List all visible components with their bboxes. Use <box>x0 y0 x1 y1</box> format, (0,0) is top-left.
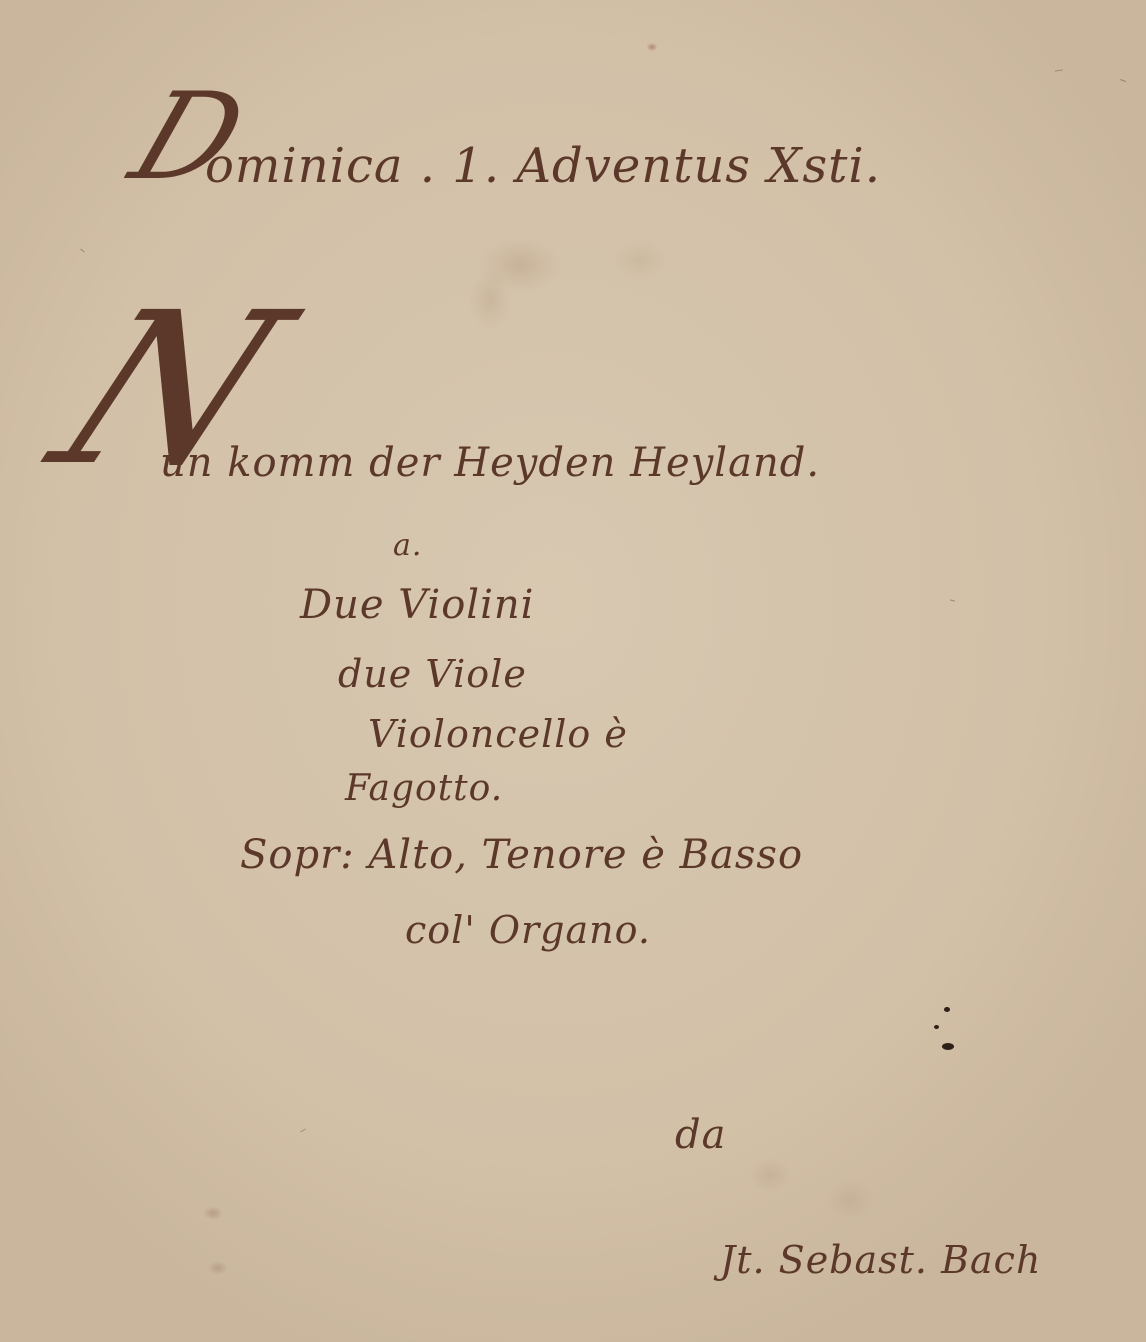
voices-line: Sopr: Alto, Tenore è Basso <box>240 832 803 878</box>
continuo-line: col' Organo. <box>405 908 651 952</box>
instrument-line: Fagotto. <box>345 768 503 809</box>
paper-fleck <box>300 1129 306 1133</box>
paper-fleck <box>80 249 84 253</box>
paper-fleck <box>1055 69 1063 71</box>
manuscript-page: D ominica . 1. Adventus Xsti. N un komm … <box>0 0 1146 1342</box>
paper-fleck <box>1120 79 1126 82</box>
instrument-line: Due Violini <box>300 582 534 628</box>
paper-fleck <box>950 599 955 601</box>
liturgical-occasion-title: ominica . 1. Adventus Xsti. <box>205 138 881 194</box>
instrument-line: due Viole <box>338 652 527 696</box>
scoring-preposition: a. <box>393 528 422 563</box>
ink-blot-marks <box>930 1005 970 1065</box>
work-title: un komm der Heyden Heyland. <box>160 440 820 486</box>
instrument-line: Violoncello è <box>368 712 628 756</box>
attribution-preposition: da <box>675 1112 726 1158</box>
composer-signature: Jt. Sebast. Bach <box>720 1238 1041 1282</box>
